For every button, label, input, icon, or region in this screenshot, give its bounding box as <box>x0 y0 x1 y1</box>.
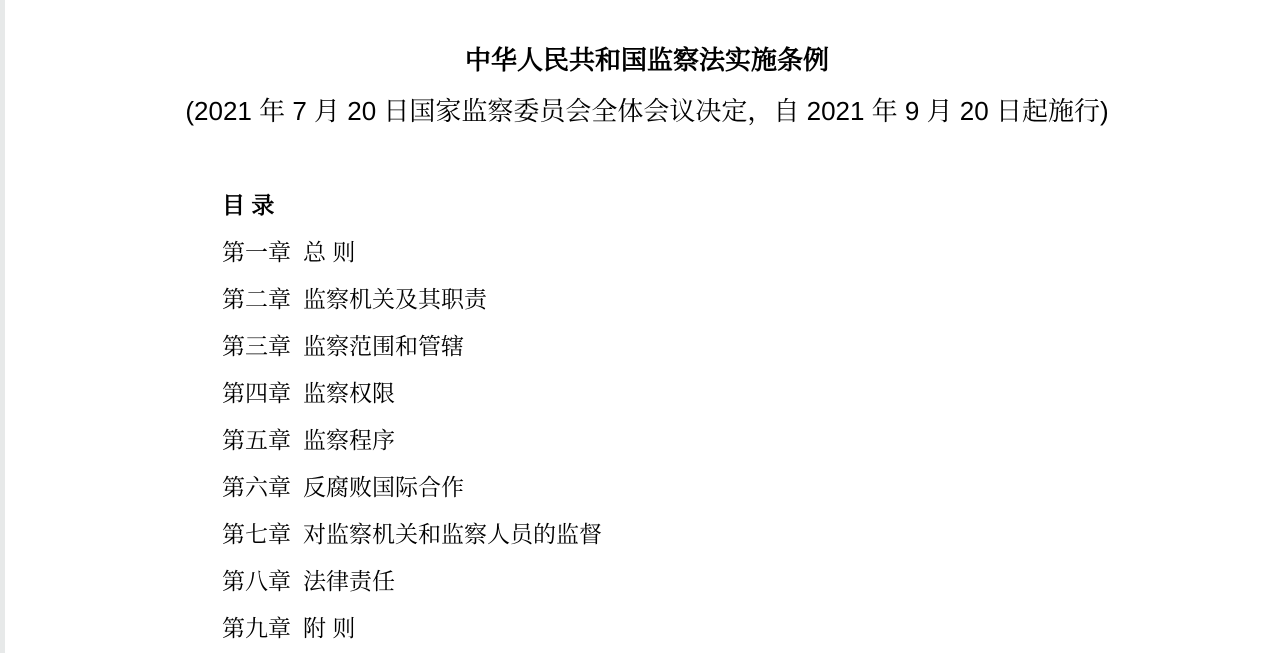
toc-chapter-number: 第四章 <box>222 380 291 406</box>
toc-item-chapter-9: 第九章附 则 <box>222 605 602 652</box>
toc-chapter-number: 第七章 <box>222 521 291 547</box>
toc-item-chapter-2: 第二章监察机关及其职责 <box>222 276 602 323</box>
toc-chapter-title: 法律责任 <box>303 568 395 594</box>
toc-chapter-title: 反腐败国际合作 <box>303 474 464 500</box>
toc-item-chapter-1: 第一章总 则 <box>222 229 602 276</box>
toc-chapter-title: 监察机关及其职责 <box>303 286 487 312</box>
toc-chapter-title: 附 则 <box>303 615 355 641</box>
page-edge-strip <box>0 0 5 653</box>
toc-chapter-title: 总 则 <box>303 239 355 265</box>
document-subtitle: (2021 年 7 月 20 日国家监察委员会全体会议决定，自 2021 年 9… <box>14 97 1280 125</box>
table-of-contents: 目 录 第一章总 则 第二章监察机关及其职责 第三章监察范围和管辖 第四章监察权… <box>222 182 602 652</box>
toc-chapter-title: 监察权限 <box>303 380 395 406</box>
toc-item-chapter-3: 第三章监察范围和管辖 <box>222 323 602 370</box>
document-page: 中华人民共和国监察法实施条例 (2021 年 7 月 20 日国家监察委员会全体… <box>0 0 1280 653</box>
toc-item-chapter-6: 第六章反腐败国际合作 <box>222 464 602 511</box>
toc-item-chapter-4: 第四章监察权限 <box>222 370 602 417</box>
toc-chapter-number: 第六章 <box>222 474 291 500</box>
toc-chapter-title: 对监察机关和监察人员的监督 <box>303 521 602 547</box>
toc-item-chapter-7: 第七章对监察机关和监察人员的监督 <box>222 511 602 558</box>
toc-item-chapter-8: 第八章法律责任 <box>222 558 602 605</box>
toc-chapter-title: 监察程序 <box>303 427 395 453</box>
toc-chapter-title: 监察范围和管辖 <box>303 333 464 359</box>
toc-chapter-number: 第九章 <box>222 615 291 641</box>
toc-item-chapter-5: 第五章监察程序 <box>222 417 602 464</box>
toc-chapter-number: 第二章 <box>222 286 291 312</box>
toc-chapter-number: 第三章 <box>222 333 291 359</box>
document-title: 中华人民共和国监察法实施条例 <box>14 46 1280 74</box>
toc-chapter-number: 第五章 <box>222 427 291 453</box>
toc-chapter-number: 第八章 <box>222 568 291 594</box>
toc-chapter-number: 第一章 <box>222 239 291 265</box>
toc-heading: 目 录 <box>222 182 602 229</box>
